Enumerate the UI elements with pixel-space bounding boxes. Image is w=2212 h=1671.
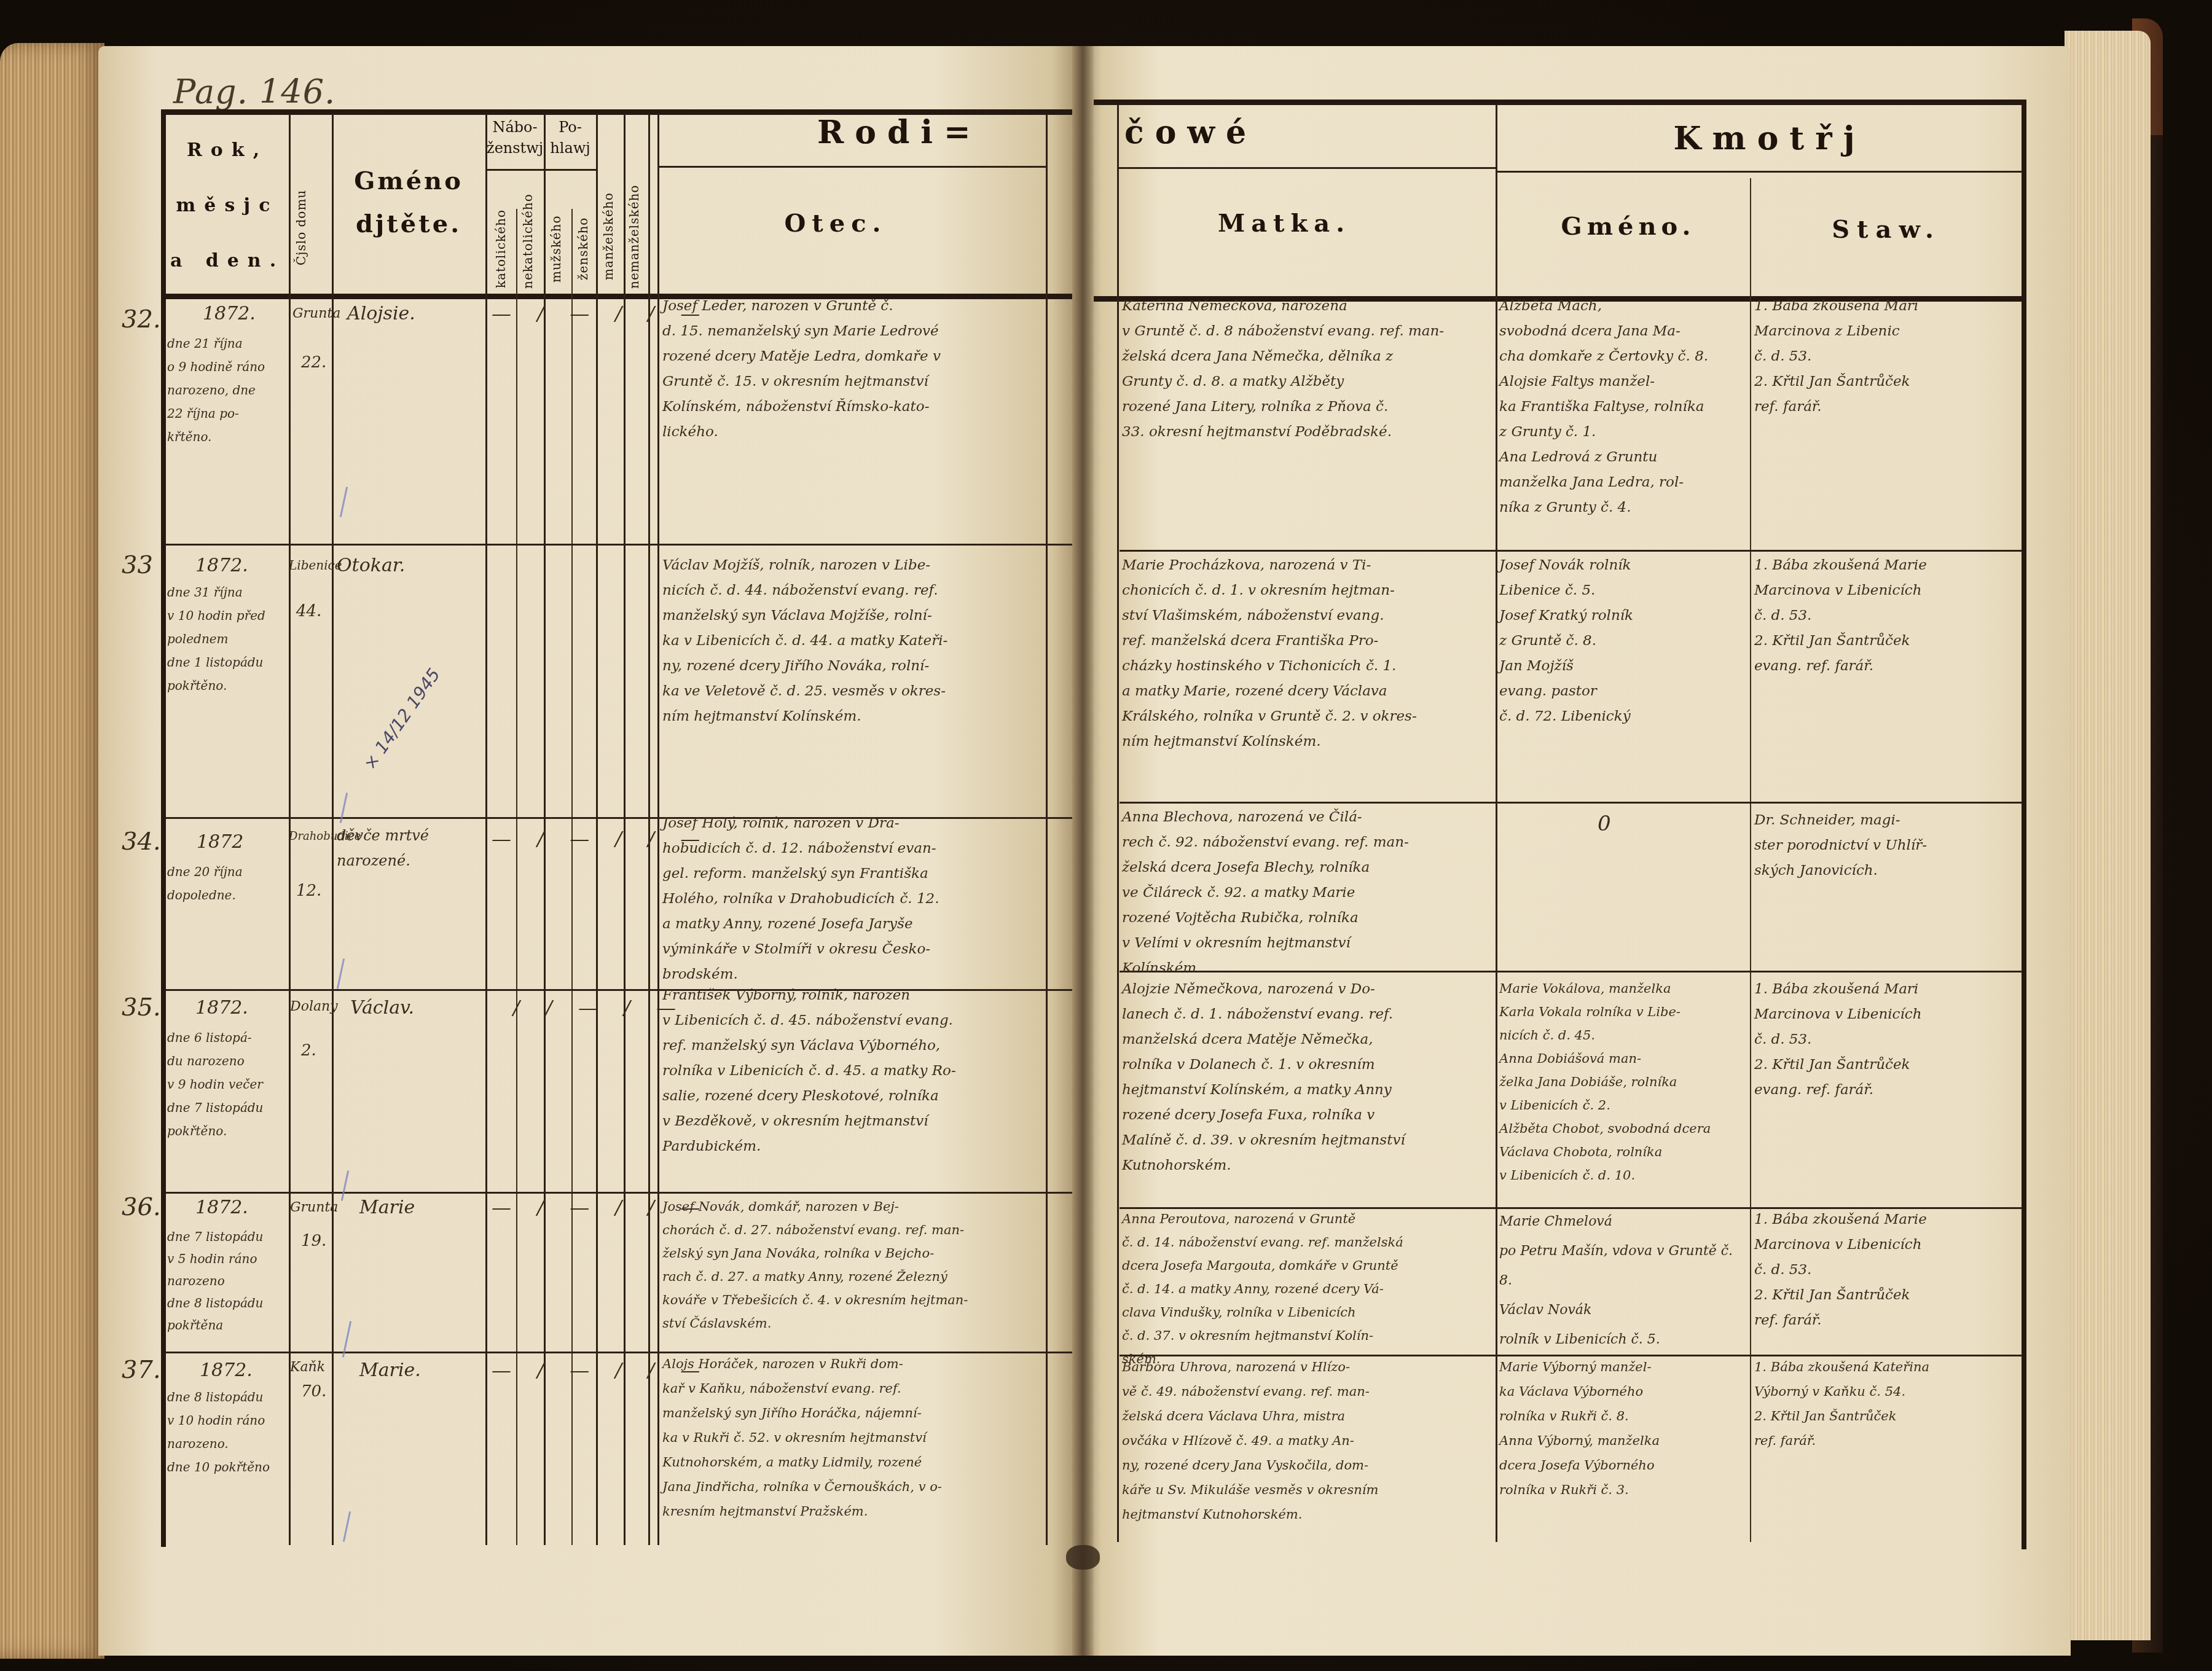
entry-mother: Alojzie Němečkova, narozená v Do- lanech…	[1122, 977, 1494, 1178]
entry-number: 36.	[122, 1195, 161, 1220]
row-separator	[1120, 802, 2022, 804]
header-zenskeho: ženského	[576, 209, 594, 289]
entry-date: dne 31 října v 10 hodin před polednem dn…	[167, 581, 290, 697]
entry-year: 1872.	[195, 995, 248, 1020]
row-separator	[1120, 550, 2022, 552]
header-subline	[1117, 167, 1496, 169]
entry-status: 1. Bába zkoušená Kateřina Výborný v Kaňk…	[1754, 1355, 2018, 1453]
entry-marks: / / — / —	[513, 995, 686, 1020]
entry-father: Alojs Horáček, narozen v Rukři dom- kař …	[662, 1352, 1043, 1524]
book-gutter	[1072, 46, 1094, 1656]
entry-status: 1. Bába zkoušená Mari Marcinova v Libeni…	[1754, 977, 2018, 1103]
header-rodicove-part2: čowé	[1118, 114, 1272, 151]
col-divider	[1117, 104, 1119, 1542]
header-muzskeho: mužského	[549, 209, 567, 289]
entry-number: 35.	[122, 995, 161, 1020]
entry-house-number: 2.	[301, 1038, 316, 1063]
entry-number: 37.	[122, 1358, 161, 1383]
entry-house-number: 12.	[296, 879, 321, 904]
ink-stain	[1066, 1545, 1100, 1570]
entry-house-place: Libenice	[289, 553, 332, 578]
header-matka: Matka.	[1204, 209, 1364, 238]
entry-house-place: Grunta	[290, 1195, 339, 1220]
entry-father: Josef Holý, rolník, narozen v Dra- hobud…	[662, 811, 1043, 987]
entry-child-name: Václav.	[350, 995, 414, 1020]
entry-godparents: Josef Novák rolník Libenice č. 5. Josef …	[1499, 553, 1748, 729]
header-pohlavi: Po-hlawj	[546, 117, 595, 158]
header-kmotr-stav: Staw.	[1800, 215, 1972, 244]
entry-child-name: Otokar.	[337, 553, 405, 578]
entry-mother: Anna Peroutova, narozená v Gruntě č. d. …	[1122, 1207, 1494, 1371]
header-rodicove-part1: Rodi=	[817, 114, 1051, 151]
entry-year: 1872.	[195, 1195, 248, 1220]
header-gmeno-ditete: Gméno djtěte.	[335, 160, 482, 246]
header-cislo-domu: Čjslo domu	[294, 178, 331, 276]
header-katolickeho: katolického	[493, 209, 512, 289]
entry-child-name: děvče mrtvé narozené.	[337, 823, 484, 874]
header-otec: Otec.	[780, 209, 891, 238]
entry-date: dne 6 listopá- du narozeno v 9 hodin več…	[167, 1026, 290, 1143]
entry-house-place: Grunta	[292, 301, 332, 326]
entry-year: 1872.	[203, 301, 256, 326]
entry-godparents: Marie Chmelová po Petru Mašín, vdova v G…	[1499, 1207, 1748, 1355]
entry-father: Josef Novák, domkář, narozen v Bej- chor…	[662, 1195, 1043, 1335]
entry-father: František Výborný, rolník, narozen v Lib…	[662, 983, 1043, 1159]
entry-godparents: Alžběta Mach, svobodná dcera Jana Ma- ch…	[1499, 294, 1748, 520]
entry-house-place: Dolany	[290, 994, 332, 1019]
entry-house-place: Drahobudice	[289, 826, 335, 847]
header-subline	[1496, 171, 2022, 173]
entry-godparents: Marie Vokálova, manželka Karla Vokala ro…	[1499, 977, 1748, 1187]
header-rok-mesic-den: Rok, měsjc a den.	[169, 123, 286, 289]
entry-status: Dr. Schneider, magi- ster porodnictví v …	[1754, 808, 2018, 883]
col-divider	[1496, 104, 1497, 1542]
entry-date: dne 21 října o 9 hodině ráno narozeno, d…	[167, 332, 290, 448]
entry-house-number: 44.	[296, 599, 321, 624]
col-divider	[516, 209, 517, 1545]
col-divider	[1750, 178, 1751, 1542]
entry-status: 1. Bába zkoušená Marie Marcinova v Liben…	[1754, 1207, 2018, 1333]
page-number: Pag. 146.	[173, 72, 335, 111]
table-top-border-right	[1094, 100, 2025, 105]
entry-child-name: Alojsie.	[347, 301, 415, 326]
header-nekatolickeho: nekatolického	[520, 209, 539, 289]
entry-house-number: 70.	[301, 1379, 326, 1404]
header-subline	[485, 169, 596, 171]
entry-mother: Marie Procházkova, narozená v Ti- chonic…	[1122, 553, 1494, 754]
entry-house-number: 19.	[301, 1229, 326, 1254]
right-page-edges	[2065, 31, 2151, 1640]
entry-year: 1872.	[195, 553, 248, 578]
table-right-border	[2022, 100, 2026, 1549]
entry-child-name: Marie	[359, 1195, 415, 1220]
header-manzelskeho: manželského	[601, 184, 619, 289]
entry-year: 1872	[197, 829, 243, 855]
table-left-border	[161, 109, 166, 1547]
entry-date: dne 20 října dopoledne.	[167, 860, 290, 907]
header-nemanzelskeho: nemanželského	[627, 184, 645, 289]
header-nabozenstvi: Nábo-ženstwj	[487, 117, 543, 158]
entry-father: Josef Leder, narozen v Gruntě č. d. 15. …	[662, 294, 1043, 445]
entry-mother: Kateřina Němečkova, narozená v Gruntě č.…	[1122, 294, 1494, 445]
header-kmotri: Kmotřj	[1647, 120, 1892, 157]
entry-house-place: Kaňk	[290, 1355, 333, 1380]
entry-child-name: Marie.	[359, 1358, 421, 1383]
entry-year: 1872.	[200, 1358, 253, 1383]
col-divider	[1046, 114, 1048, 1545]
entry-date: dne 8 listopádu v 10 hodin ráno narozeno…	[167, 1385, 296, 1479]
entry-godparents: Marie Výborný manžel- ka Václava Výborné…	[1499, 1355, 1748, 1502]
entry-status: 1. Bába zkoušená Mari Marcinova z Libeni…	[1754, 294, 2018, 420]
col-divider	[571, 209, 573, 1545]
entry-number: 34.	[122, 829, 161, 855]
header-subline	[657, 166, 1046, 168]
col-divider	[485, 114, 487, 1545]
entry-mother: Barbora Uhrova, narozená v Hlízo- vě č. …	[1122, 1355, 1494, 1527]
entry-house-number: 22.	[301, 350, 326, 375]
entry-number: 32.	[122, 307, 161, 332]
entry-godparents: 0	[1598, 808, 1611, 840]
entry-date: dne 7 listopádu v 5 hodin ráno narozeno …	[167, 1226, 290, 1336]
entry-mother: Anna Blechova, narozená ve Čilá- rech č.…	[1122, 805, 1494, 981]
row-separator	[166, 1192, 1072, 1194]
row-separator	[166, 544, 1072, 546]
entry-number: 33	[122, 553, 153, 578]
header-kmotr-jmeno: Gméno.	[1536, 212, 1720, 241]
entry-father: Václav Mojžíš, rolník, narozen v Libe- n…	[662, 553, 1043, 729]
entry-status: 1. Bába zkoušená Marie Marcinova v Liben…	[1754, 553, 2018, 679]
left-page-edges	[0, 43, 104, 1659]
